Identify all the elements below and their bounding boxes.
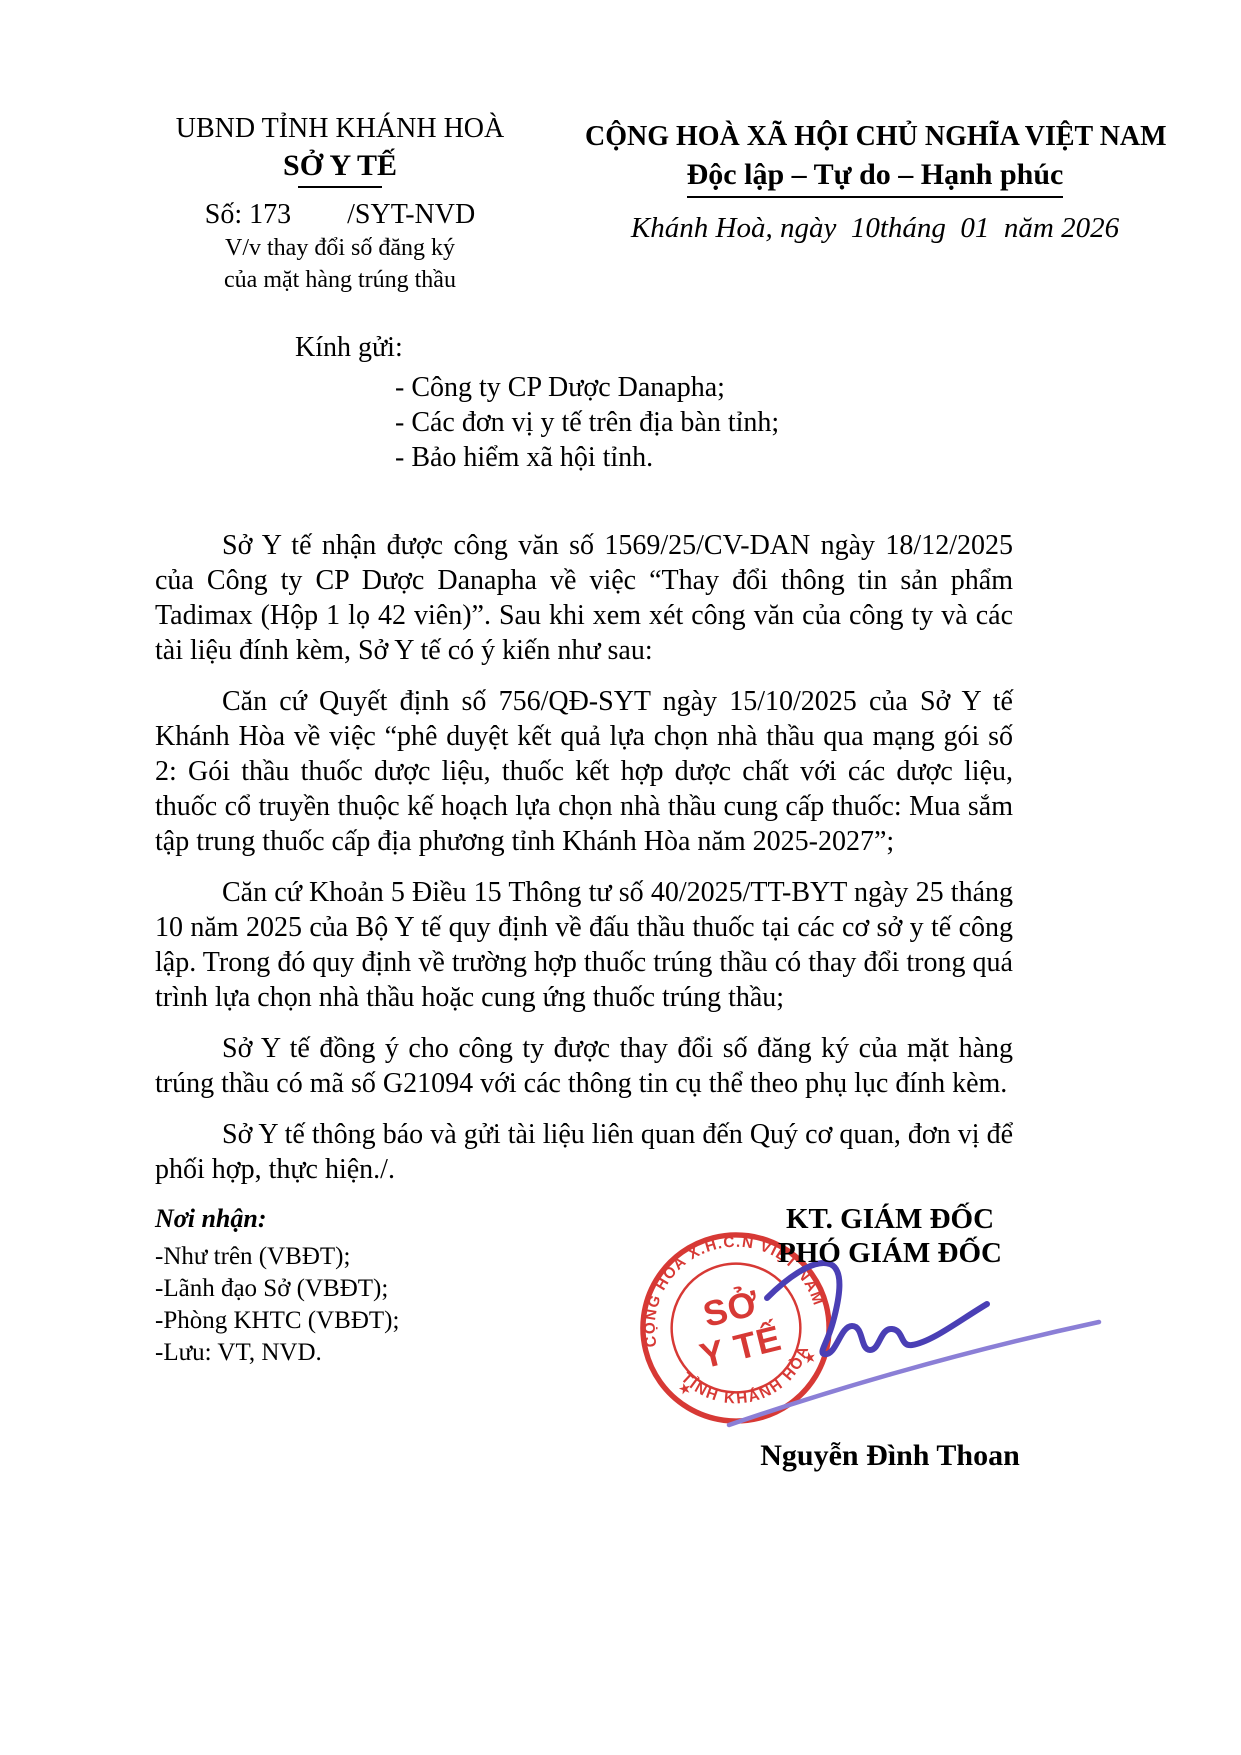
distribution-item: -Lãnh đạo Sở (VBĐT); — [155, 1273, 399, 1305]
recipient-item: - Các đơn vị y tế trên địa bàn tỉnh; — [395, 405, 779, 440]
document-subject-line2: của mặt hàng trúng thầu — [150, 266, 530, 294]
body-paragraph: Căn cứ Khoản 5 Điều 15 Thông tư số 40/20… — [155, 875, 1013, 1015]
letter-body: Sở Y tế nhận được công văn số 1569/25/CV… — [155, 528, 1013, 1203]
body-paragraph: Căn cứ Quyết định số 756/QĐ-SYT ngày 15/… — [155, 684, 1013, 859]
national-motto-line1: CỘNG HOÀ XÃ HỘI CHỦ NGHĨA VIỆT NAM — [585, 120, 1165, 154]
recipients-label: Kính gửi: — [295, 331, 779, 365]
distribution-section: Nơi nhận: -Như trên (VBĐT); -Lãnh đạo Sở… — [155, 1203, 399, 1369]
recipients-section: Kính gửi: - Công ty CP Dược Danapha; - C… — [295, 331, 779, 475]
national-header: CỘNG HOÀ XÃ HỘI CHỦ NGHĨA VIỆT NAM Độc l… — [585, 120, 1165, 246]
signer-block: KT. GIÁM ĐỐC PHÓ GIÁM ĐỐC Nguyễn Đình Th… — [690, 1202, 1090, 1474]
distribution-item: -Như trên (VBĐT); — [155, 1241, 399, 1273]
national-motto-underlined-text: Độc lập – Tự do – Hạnh phúc — [687, 158, 1064, 198]
issuer-org-name: SỞ Y TẾ — [150, 150, 530, 182]
distribution-label: Nơi nhận: — [155, 1203, 399, 1235]
recipients-list: - Công ty CP Dược Danapha; - Các đơn vị … — [395, 370, 779, 475]
issuer-underline — [298, 186, 382, 188]
distribution-item: -Lưu: VT, NVD. — [155, 1337, 399, 1369]
body-paragraph: Sở Y tế đồng ý cho công ty được thay đổi… — [155, 1031, 1013, 1101]
signer-name: Nguyễn Đình Thoan — [690, 1438, 1090, 1474]
signer-title-line1: KT. GIÁM ĐỐC — [690, 1202, 1090, 1236]
signer-title-line2: PHÓ GIÁM ĐỐC — [690, 1236, 1090, 1270]
distribution-item: -Phòng KHTC (VBĐT); — [155, 1305, 399, 1337]
issuer-parent-org: UBND TỈNH KHÁNH HOÀ — [150, 112, 530, 146]
national-motto-line2: Độc lập – Tự do – Hạnh phúc — [585, 158, 1165, 198]
recipient-item: - Bảo hiểm xã hội tỉnh. — [395, 440, 779, 475]
body-paragraph: Sở Y tế nhận được công văn số 1569/25/CV… — [155, 528, 1013, 668]
body-paragraph: Sở Y tế thông báo và gửi tài liệu liên q… — [155, 1117, 1013, 1187]
document-subject-line1: V/v thay đổi số đăng ký — [150, 234, 530, 262]
distribution-list: -Như trên (VBĐT); -Lãnh đạo Sở (VBĐT); -… — [155, 1241, 399, 1369]
official-letter-page: UBND TỈNH KHÁNH HOÀ SỞ Y TẾ Số: 173 /SYT… — [0, 0, 1241, 1755]
place-date-line: Khánh Hoà, ngày 10tháng 01 năm 2026 — [585, 210, 1165, 246]
recipient-item: - Công ty CP Dược Danapha; — [395, 370, 779, 405]
document-number: Số: 173 /SYT-NVD — [150, 200, 530, 230]
issuer-header: UBND TỈNH KHÁNH HOÀ SỞ Y TẾ Số: 173 /SYT… — [150, 112, 530, 294]
